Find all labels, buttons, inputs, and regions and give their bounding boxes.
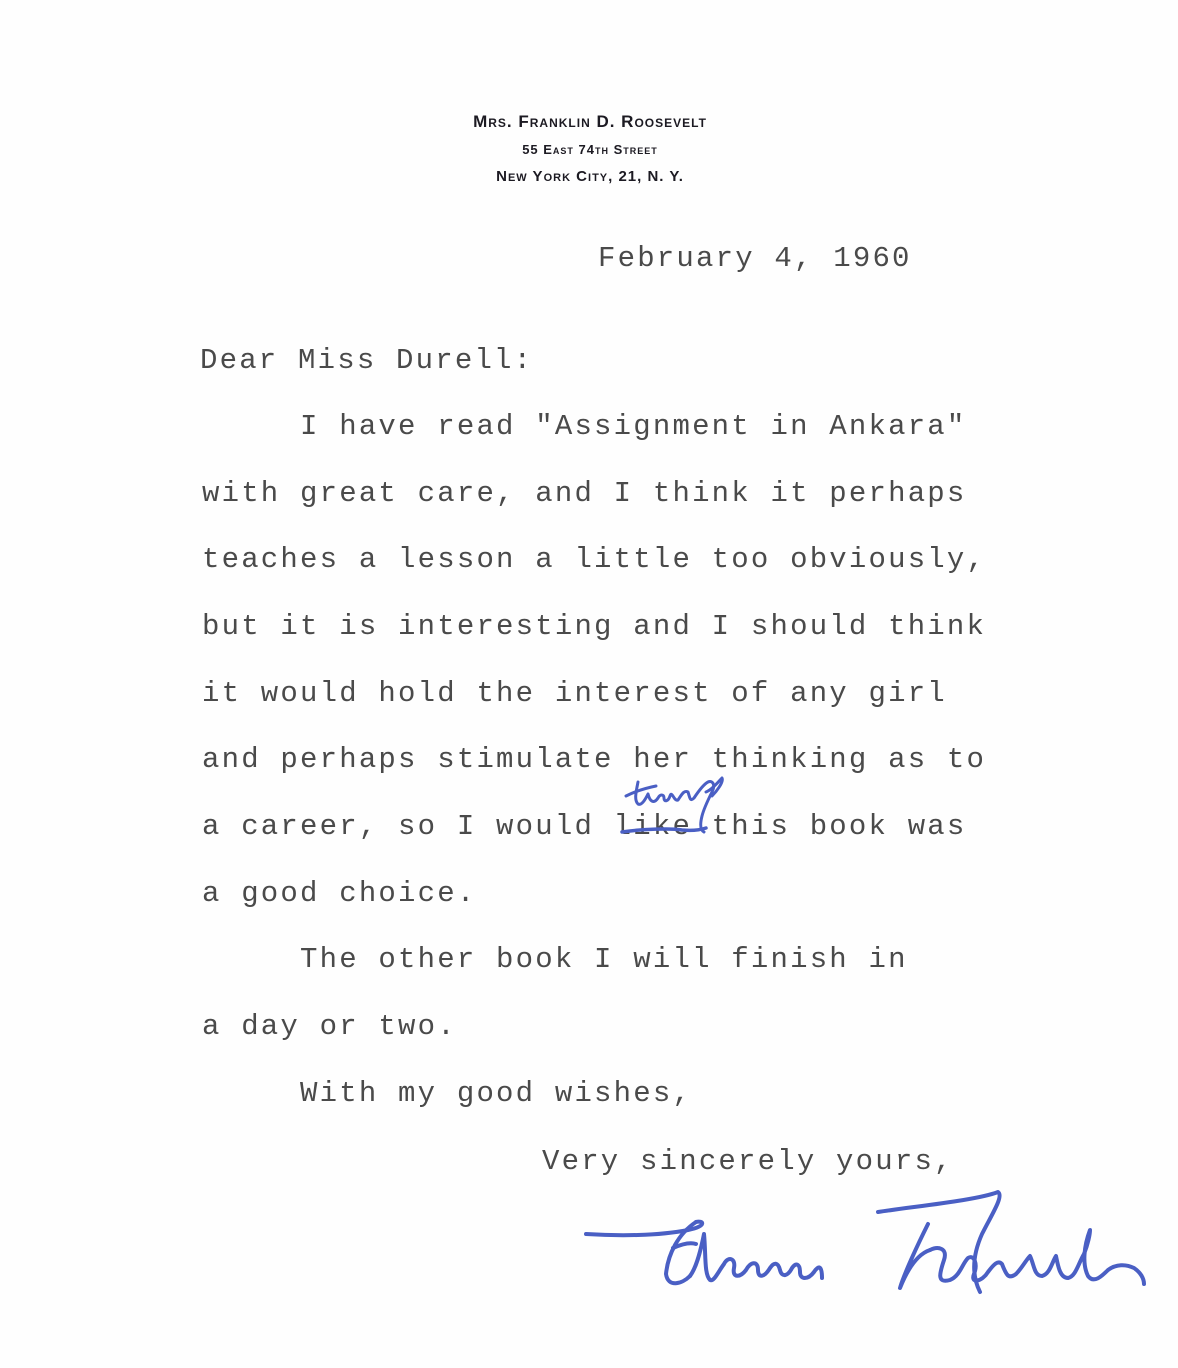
- body-line: and perhaps stimulate her thinking as to: [202, 745, 986, 774]
- body-line: but it is interesting and I should think: [202, 612, 986, 641]
- body-line: The other book I will finish in: [202, 945, 908, 974]
- body-line: teaches a lesson a little too obviously,: [202, 545, 986, 574]
- letterhead-street: 55 East 74th Street: [0, 142, 1178, 157]
- letterhead-city: New York City, 21, N. Y.: [0, 168, 1178, 185]
- letterhead-city-text: New York City, 21, N. Y.: [496, 168, 684, 185]
- letterhead-name-text: Mrs. Franklin D. Roosevelt: [473, 112, 707, 131]
- handwritten-correction: [612, 772, 752, 852]
- body-line: With my good wishes,: [202, 1079, 692, 1108]
- letter-date: February 4, 1960: [598, 244, 912, 273]
- body-line: it would hold the interest of any girl: [202, 679, 947, 708]
- salutation: Dear Miss Durell:: [200, 346, 533, 375]
- body-line: a day or two.: [202, 1012, 457, 1041]
- signature: [578, 1184, 1168, 1304]
- body-line: I have read "Assignment in Ankara": [202, 412, 967, 441]
- closing: Very sincerely yours,: [542, 1147, 954, 1176]
- body-line: a good choice.: [202, 879, 476, 908]
- body-line: with great care, and I think it perhaps: [202, 479, 967, 508]
- letter-page: Mrs. Franklin D. Roosevelt 55 East 74th …: [0, 0, 1178, 1368]
- letterhead-street-text: 55 East 74th Street: [522, 142, 658, 157]
- letterhead-name: Mrs. Franklin D. Roosevelt: [0, 112, 1178, 132]
- body-line-with-correction: a career, so I would like this book was: [202, 812, 967, 841]
